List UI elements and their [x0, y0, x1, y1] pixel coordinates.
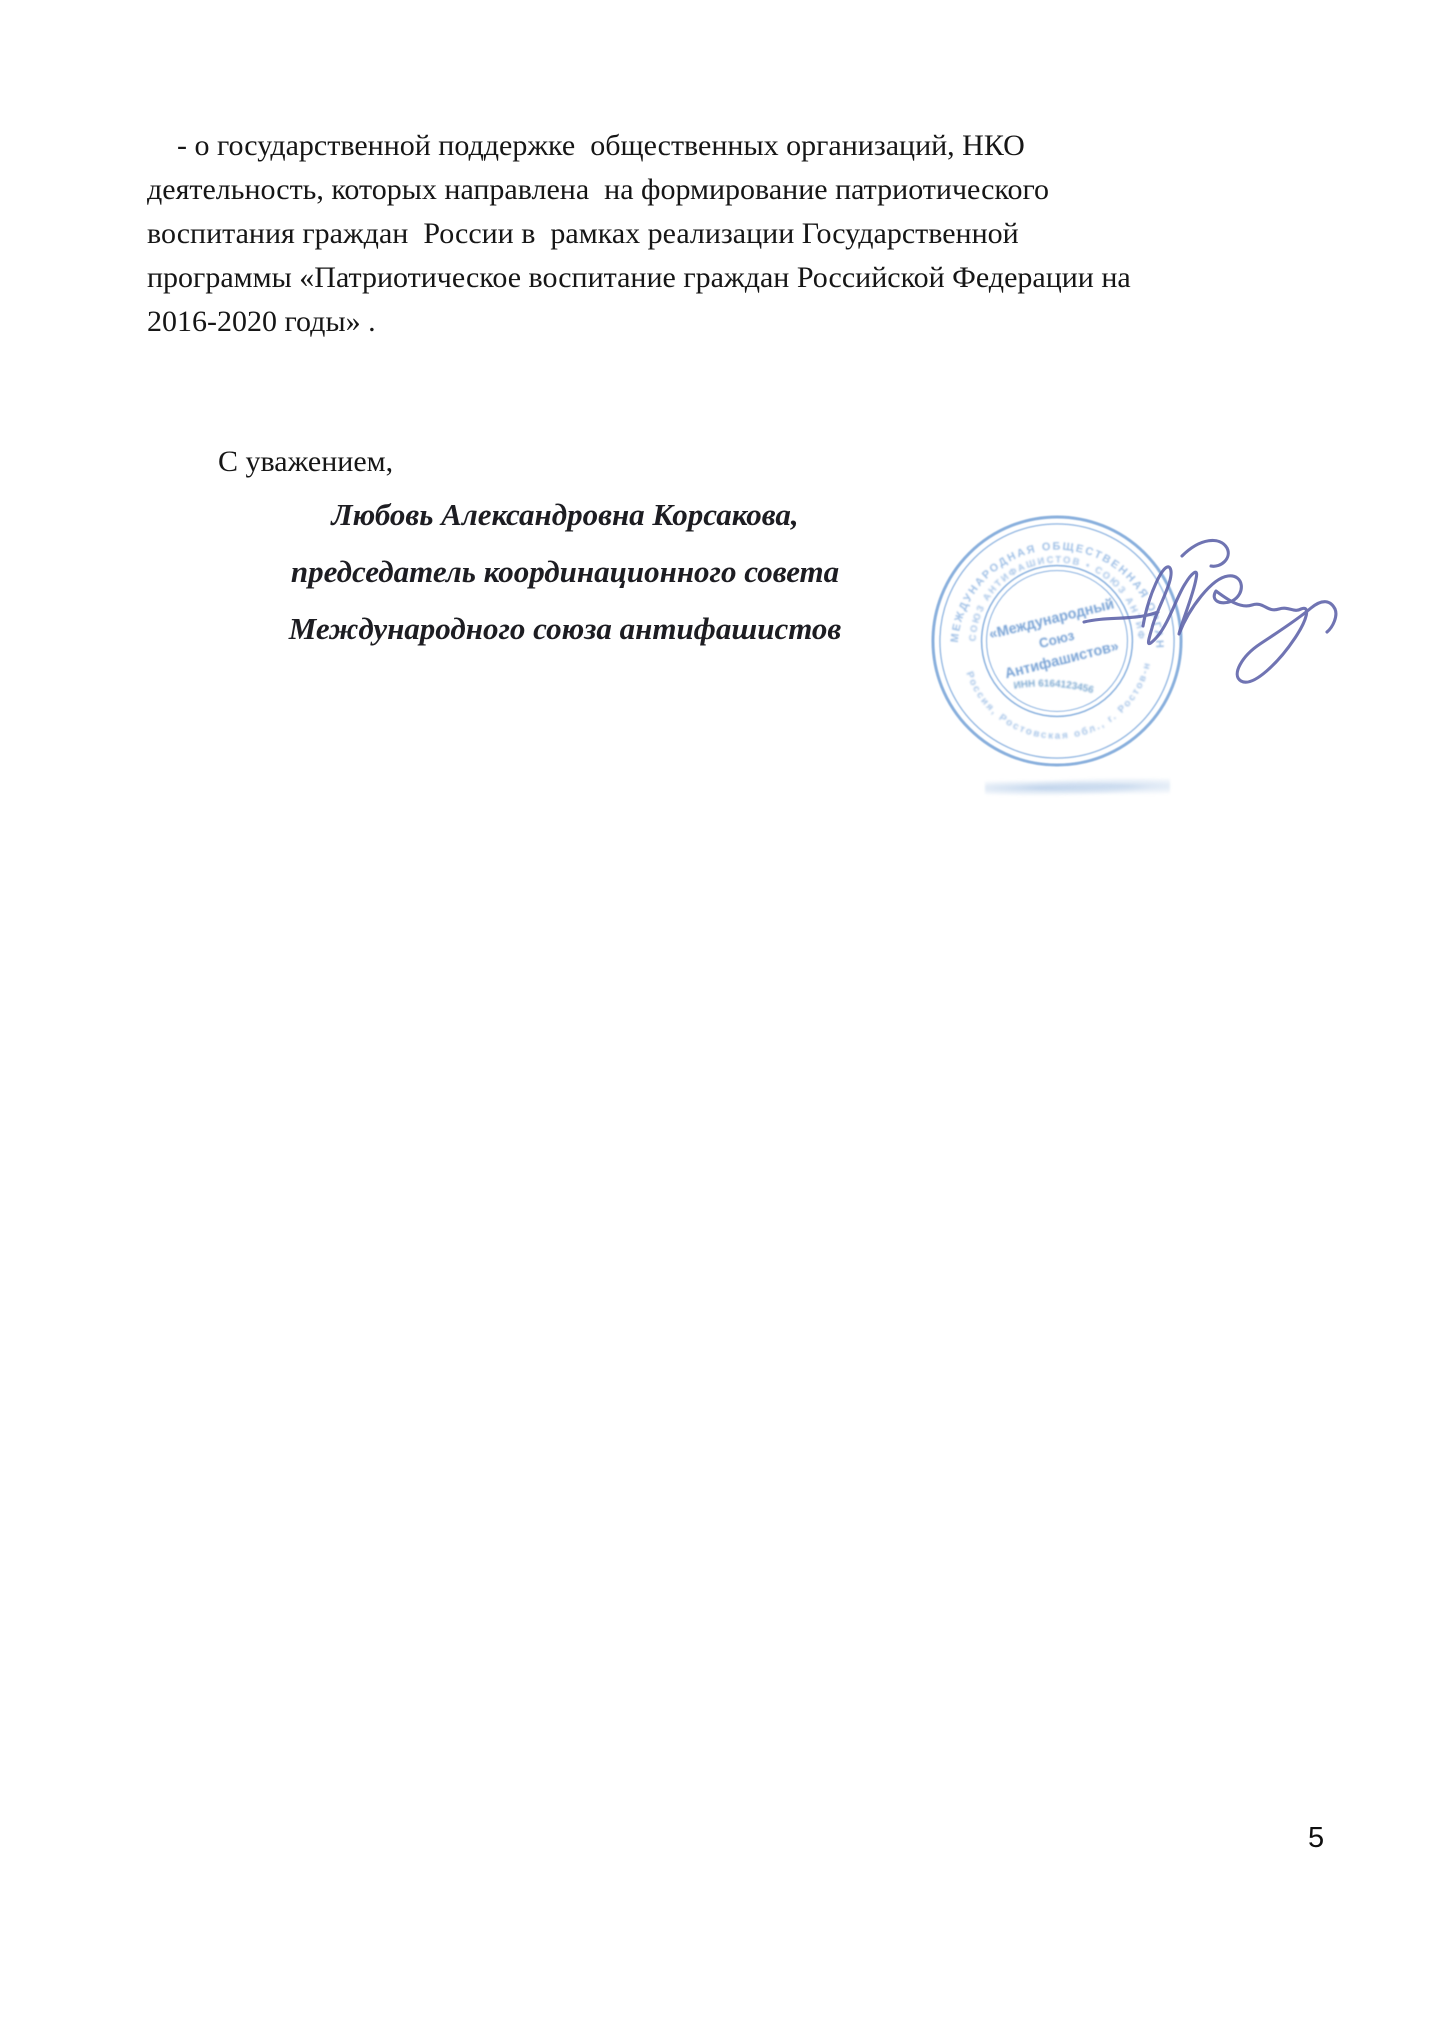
- document-page: - о государственной поддержке общественн…: [0, 0, 1430, 2032]
- signature-flourish-stroke: [1182, 540, 1228, 566]
- paragraph-line: - о государственной поддержке общественн…: [147, 124, 1147, 168]
- closing-salutation: С уважением,: [218, 444, 393, 480]
- signature-text-block: Любовь Александровна Корсакова, председа…: [215, 486, 915, 657]
- stamp-ink-smudge: [985, 778, 1170, 798]
- paragraph-line: программы «Патриотическое воспитание гра…: [147, 256, 1147, 300]
- signer-title: председатель координационного совета: [215, 543, 915, 600]
- signer-organization: Международного союза антифашистов: [215, 600, 915, 657]
- paragraph-line: деятельность, которых направлена на форм…: [147, 168, 1147, 212]
- page-number: 5: [1308, 1822, 1324, 1855]
- paragraph-line: 2016-2020 годы» .: [147, 300, 1147, 344]
- paragraph-line: воспитания граждан России в рамках реали…: [147, 212, 1147, 256]
- signer-name: Любовь Александровна Корсакова,: [215, 486, 915, 543]
- handwritten-signature: [1048, 508, 1348, 720]
- letter-paragraph: - о государственной поддержке общественн…: [147, 124, 1147, 344]
- signature-main-stroke: [1143, 567, 1336, 682]
